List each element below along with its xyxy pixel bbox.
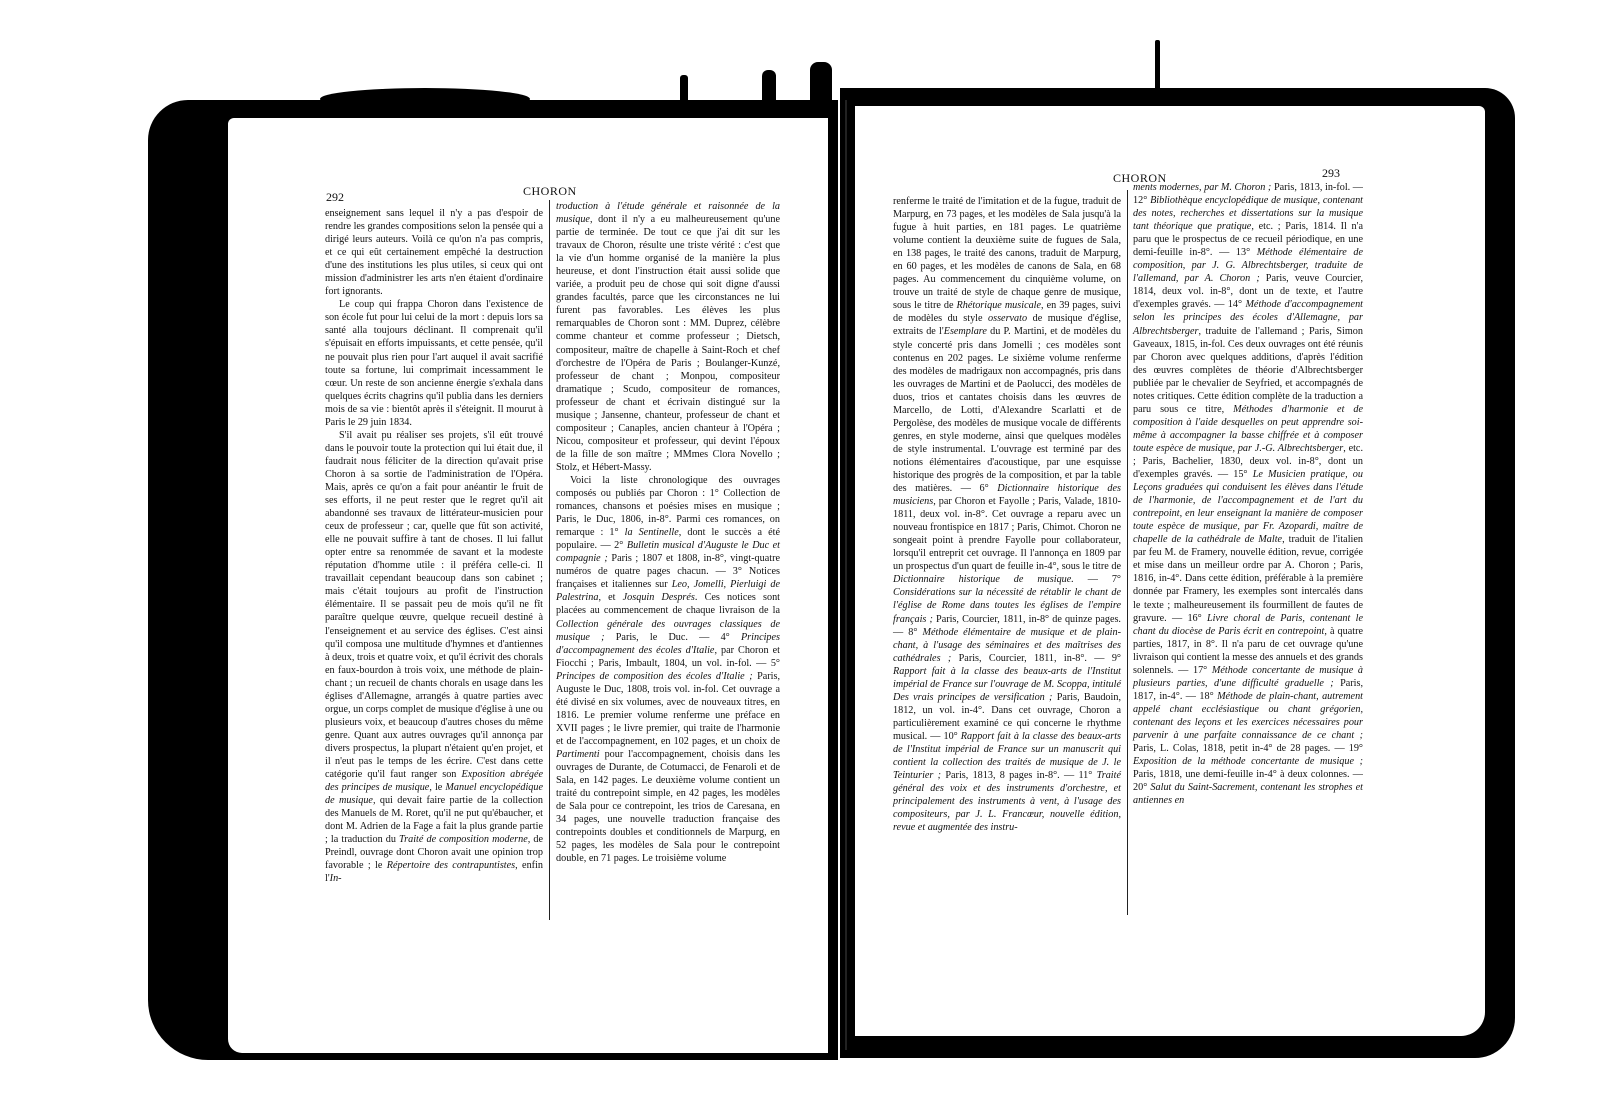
scan-smudge — [1155, 40, 1160, 95]
left-page-column-1: enseignement sans lequel il n'y a pas d'… — [325, 207, 543, 885]
body-text: pour l'accompagnement, choisis dans les … — [556, 749, 780, 864]
italic-title-text: ments modernes, par M. Choron ; — [1133, 182, 1271, 193]
italic-title-text: Répertoire des contrapuntistes — [387, 860, 515, 871]
scan-smudge — [320, 88, 530, 110]
column-rule — [1127, 190, 1128, 915]
body-text: , traduite de l'allemand ; Paris, Simon … — [1133, 326, 1363, 415]
paragraph: ments modernes, par M. Choron ; Paris, 1… — [1133, 181, 1363, 807]
body-text: Paris, Auguste le Duc, 1808, trois vol. … — [556, 671, 780, 747]
body-text: Le coup qui frappa Choron dans l'existen… — [325, 299, 543, 427]
page-number-left: 292 — [326, 190, 344, 205]
body-text: Paris, le Duc. — 4° — [605, 632, 741, 643]
paragraph: troduction à l'étude générale et raisonn… — [556, 200, 780, 474]
body-text: , dont il n'y a eu malheureusement qu'un… — [556, 214, 780, 473]
italic-title-text: Traité de composition moderne, — [399, 834, 530, 845]
body-text: , et — [598, 592, 622, 603]
italic-title-text: In- — [330, 873, 342, 884]
italic-title-text: Salut du Saint-Sacrement, contenant les … — [1133, 782, 1363, 806]
body-text: Paris, L. Colas, 1818, petit in-4° de 28… — [1133, 743, 1363, 754]
paragraph: S'il avait pu réaliser ses projets, s'il… — [325, 429, 543, 886]
left-page-column-2: troduction à l'étude générale et raisonn… — [556, 200, 780, 865]
body-text: , le — [429, 782, 445, 793]
italic-title-text: Principes de composition des écoles d'It… — [556, 671, 753, 682]
body-text: , traduit de l'italien par feu M. de Fra… — [1133, 534, 1363, 623]
paragraph: renferme le traité de l'imitation et de … — [893, 195, 1121, 834]
scan-smudge — [680, 75, 688, 107]
italic-title-text: Exposition de la méthode concertante de … — [1133, 756, 1363, 767]
italic-title-text: la Sentinelle — [625, 527, 679, 538]
body-text: du P. Martini, et de modèles du style co… — [893, 326, 1121, 494]
right-page-column-1: renferme le traité de l'imitation et de … — [893, 195, 1121, 834]
italic-title-text: Rhétorique musicale — [957, 300, 1042, 311]
paragraph: Voici la liste chronologique des ouvrage… — [556, 474, 780, 865]
body-text: renferme le traité de l'imitation et de … — [893, 196, 1121, 311]
book-gutter-edge — [845, 100, 847, 1050]
scan-smudge — [762, 70, 776, 108]
paragraph: enseignement sans lequel il n'y a pas d'… — [325, 207, 543, 298]
body-text: — 7° — [1074, 574, 1121, 585]
body-text: Paris, 1813, 8 pages in-8°. — 11° — [941, 770, 1097, 781]
italic-title-text: osservato — [988, 313, 1027, 324]
running-head-left: CHORON — [523, 184, 577, 199]
italic-title-text: Josquin Després — [623, 592, 695, 603]
body-text: enseignement sans lequel il n'y a pas d'… — [325, 208, 543, 297]
scan-smudge — [858, 88, 1158, 106]
italic-title-text: Partimenti — [556, 749, 600, 760]
right-page-column-2: ments modernes, par M. Choron ; Paris, 1… — [1133, 181, 1363, 807]
italic-title-text: Dictionnaire historique de musique. — [893, 574, 1074, 585]
body-text: S'il avait pu réaliser ses projets, s'il… — [325, 430, 543, 780]
column-rule — [549, 200, 550, 920]
page-number-right: 293 — [1322, 166, 1340, 181]
book-gutter — [829, 100, 833, 1060]
body-text: Paris, Courcier, 1811, in-8°. — 9° — [951, 653, 1121, 664]
body-text: , par Choron et Fayolle ; Paris, Valade,… — [893, 496, 1121, 572]
italic-title-text: Esemplare — [944, 326, 987, 337]
paragraph: Le coup qui frappa Choron dans l'existen… — [325, 298, 543, 428]
